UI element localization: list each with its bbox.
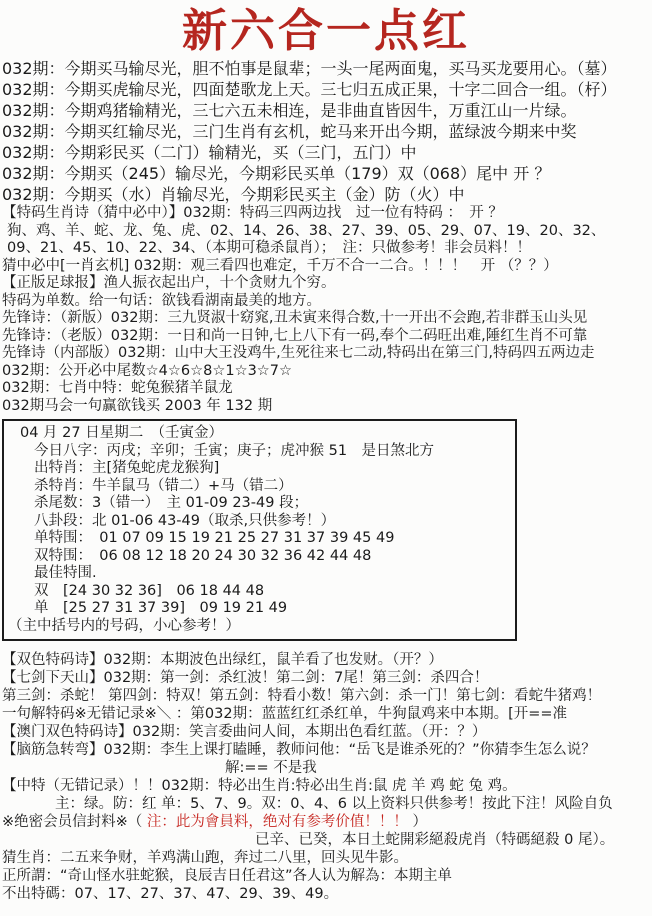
pioneer-poem-internal: 先锋诗（内部版）032期：山中大王没鸡牛,生死往来七二动,特码出在第三门,特码四… <box>0 345 652 363</box>
best-range-label: 最佳特围. <box>34 565 515 583</box>
text-line: 猜生肖：二五来争财，羊鸡满山跑，奔过二八里，回头见牛影。 <box>0 849 652 867</box>
box-footnote: （主中括号内的号码，小心参考！） <box>8 618 515 636</box>
member-note-line: ※绝密会员信封料※（ 注：此为會員料，绝对有参考价值！！！ ） <box>0 813 652 831</box>
bazi-line: 今日八字：丙戌；辛卯；壬寅；庚子；虎冲猴 51 是日煞北方 <box>34 443 515 461</box>
even-range-line: 双特围： 06 08 12 18 20 24 30 32 36 42 44 48 <box>34 548 515 566</box>
best-even-line: 双 [24 30 32 36] 06 18 44 48 <box>34 583 515 601</box>
kill-zodiac-line: 杀特肖：牛羊鼠马（错二）+马（错二） <box>34 478 515 496</box>
text-line: 032期马会一句赢欲钱买 2003 年 132 期 <box>0 398 652 416</box>
member-note-red: 注：此为會員料，绝对有参考价值！！！ <box>147 814 408 830</box>
text-line: 已辛、已癸，本日土蛇開彩絕殺虎肖（特碼絕殺 0 尾）。 <box>0 831 652 849</box>
text-line: 【特码生肖诗（猜中必中）】032期：特码三四两边找 过一位有特码 ： 开 ？ <box>0 205 652 223</box>
text-line: 032期：今期买（水）肖输尽光，今期彩民买主（金）防（火）中 <box>0 184 652 205</box>
kill-tail-line: 杀尾数：3（错一） 主 01-09 23-49 段； <box>34 495 515 513</box>
bagua-line: 八卦段：北 01-06 43-49（取杀,只供参考！） <box>34 513 515 531</box>
zodiac-number-list: 09、21、45、10、22、34、（本期可稳杀鼠肖）； 注：只做参考！非会员料… <box>0 240 652 258</box>
riddle-line: 【脑筋急转弯】032期：李生上课打瞌睡，教师问他：“岳飞是谁杀死的？”你猜李生怎… <box>0 741 652 759</box>
excluded-numbers-line: 不出特碼：07、17、27、37、47、29、39、49。 <box>0 885 652 903</box>
best-odd-line: 单 [25 27 31 37 39] 09 19 21 49 <box>34 600 515 618</box>
text-line: 第三剑：杀蛇！ 第四剑：特双！第五剑：特看小数！第六剑：杀一门！第七剑：看蛇牛猪… <box>0 687 652 705</box>
tip-sheet-page: 新六合一点红 032期：今期买马输尽光，胆不怕事是鼠辈；一头一尾两面鬼，买马买龙… <box>0 0 652 916</box>
middle-section-tips: 【特码生肖诗（猜中必中）】032期：特码三四两边找 过一位有特码 ： 开 ？ 狗… <box>0 205 652 415</box>
info-box: 04 月 27 日星期二 （壬寅金） 今日八字：丙戌；辛卯；壬寅；庚子；虎冲猴 … <box>2 419 517 641</box>
text-line: 【七剑下天山】032期：第一剑：杀红波！第二剑：7尾！第三剑：杀四合！ <box>0 669 652 687</box>
pioneer-poem-old: 先锋诗：（老版）032期：一日和尚一日钟,七上八下有一码,奉个二码旺出难,陲红生… <box>0 328 652 346</box>
text-line: 032期：今期鸡猪输精光，三七六五未相连，是非曲直皆因牛，万重江山一片绿。 <box>0 100 652 121</box>
odd-range-line: 单特围： 01 07 09 15 19 21 25 27 31 37 39 45… <box>34 530 515 548</box>
text-line: 一句解特码※无错记录※＼ ：第032期：蓝蓝红红杀红单，牛狗鼠鸡来中本期。[开=… <box>0 705 652 723</box>
out-zodiac-line: 出特肖：主[猪兔蛇虎龙猴狗] <box>34 460 515 478</box>
text-line: 【澳门双色特码诗】032期：笑言委曲问人间，本期出色看红蓝。（开：？） <box>0 723 652 741</box>
text-line: 【中特（无错记录）！！032期：特必出生肖:特必出生肖:鼠 虎 羊 鸡 蛇 兔 … <box>0 777 652 795</box>
text-line: 032期：今期买虎输尽光，四面楚歌龙上天。三七归五成正果，十字二回合一组。（杍） <box>0 79 652 100</box>
text-line: 032期：今期买（245）输尽光，今期彩民买单（179）双（068）尾中 开 ？ <box>0 163 652 184</box>
text-line: 032期：今期买马输尽光，胆不怕事是鼠辈；一头一尾两面鬼，买马买龙要用心。（墓） <box>0 58 652 79</box>
tail-numbers-line: 032期：公开必中尾数☆4☆6☆8☆1☆3☆7☆ <box>0 363 652 381</box>
member-note-prefix: ※绝密会员信封料※（ <box>2 814 147 830</box>
pioneer-poem-new: 先锋诗：（新版）032期：三九贤淑十窈窕,丑未寅来得合数,十一开出不会跑,若非群… <box>0 310 652 328</box>
text-line: 032期：今期彩民买（二门）输精光，买（三门，五门）中 <box>0 142 652 163</box>
text-line: 正所謂：“奇山怪水驻蛇猴，良辰吉日任君这”各人认为解為：本期主单 <box>0 867 652 885</box>
bottom-section: 【双色特码诗】032期：本期波色出绿红，鼠羊看了也发财。（开？） 【七剑下天山】… <box>0 651 652 903</box>
member-note-suffix: ） <box>408 814 427 830</box>
text-line: 猜中必中[一肖玄机] 032期：观三看四也难定，千万不合一二合。！！！ 开 （？… <box>0 258 652 276</box>
date-line: 04 月 27 日星期二 （壬寅金） <box>20 425 515 443</box>
zodiac-number-list: 狗、鸡、羊、蛇、龙、兔、虎、02、14、26、38、27、39、05、29、07… <box>0 223 652 241</box>
top-section-verses: 032期：今期买马输尽光，胆不怕事是鼠辈；一头一尾两面鬼，买马买龙要用心。（墓）… <box>0 58 652 205</box>
text-line: 【正版足球报】渔人振衣起出户，十个贪财九个穷。 <box>0 275 652 293</box>
riddle-answer: 解:== 不是我 <box>0 759 652 777</box>
text-line: 【双色特码诗】032期：本期波色出绿红，鼠羊看了也发财。（开？） <box>0 651 652 669</box>
seven-zodiac-line: 032期：七肖中特：蛇兔猴猪羊鼠龙 <box>0 380 652 398</box>
text-line: 特码为单数。给一句话：欲钱看湖南最美的地方。 <box>0 293 652 311</box>
text-line: 032期：今期买红输尽光，三门生肖有玄机，蛇马来开出今期，蓝绿波今期来中奖 <box>0 121 652 142</box>
text-line: 主：绿。防：红 单：5、7、9。双：0、4、6 以上资料只供参考！按此下注！风险… <box>0 795 652 813</box>
page-title: 新六合一点红 <box>0 5 652 58</box>
